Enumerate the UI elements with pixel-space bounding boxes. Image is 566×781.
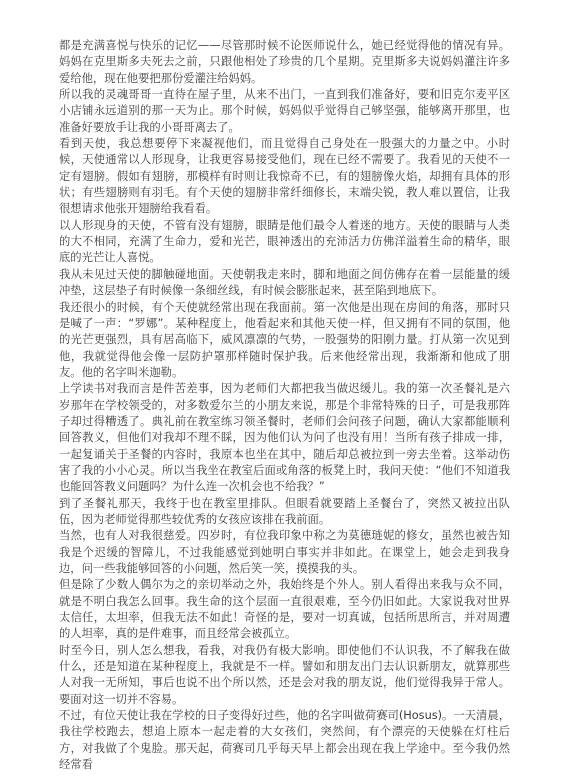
page-text: 都是充满喜悦与快乐的记忆——尽管那时候不论医师说什么，她已经觉得他的情况有异。妈… (59, 38, 510, 773)
book-page: 都是充满喜悦与快乐的记忆——尽管那时候不论医师说什么，她已经觉得他的情况有异。妈… (0, 0, 566, 781)
paragraph: 我还很小的时候，有个天使就经常出现在我面前。第一次他是出现在房间的角落，那时只是… (59, 300, 510, 382)
paragraph: 上学读书对我而言是件苦差事，因为老师们大都把我当做迟缓儿。我的第一次圣餐礼是六岁… (59, 381, 510, 495)
paragraph: 当然，也有人对我很慈爱。四岁时，有位我印象中称之为莫德琏妮的修女，虽然也被告知我… (59, 528, 510, 577)
paragraph: 都是充满喜悦与快乐的记忆——尽管那时候不论医师说什么，她已经觉得他的情况有异。妈… (59, 38, 510, 87)
paragraph: 到了圣餐礼那天，我终于也在教室里排队。但眼看就要踏上圣餐台了，突然又被拉出队伍，… (59, 496, 510, 529)
paragraph: 但是除了少数人偶尔为之的亲切举动之外，我始终是个外人。别人看得出来我与众不同，就… (59, 577, 510, 642)
paragraph: 所以我的灵魂哥哥一直待在屋子里，从来不出门，一直到我们准备好，要和旧克尔麦平区小… (59, 87, 510, 136)
paragraph: 以人形现身的天使，不管有没有翅膀，眼睛是他们最令人着迷的地方。天使的眼睛与人类的… (59, 218, 510, 267)
paragraph: 时至今日，别人怎么想我，看我，对我仍有极大影响。即使他们不认识我，不了解我在做什… (59, 643, 510, 708)
paragraph: 看到天使，我总想要停下来凝视他们，而且觉得自己身处在一股强大的力量之中。小时候，… (59, 136, 510, 218)
paragraph: 不过，有位天使让我在学校的日子变得好过些，他的名字叫做荷赛司(Hosus)。一天… (59, 708, 510, 773)
paragraph: 我从未见过天使的脚触碰地面。天使朝我走来时，脚和地面之间仿佛存在着一层能量的缓冲… (59, 267, 510, 300)
